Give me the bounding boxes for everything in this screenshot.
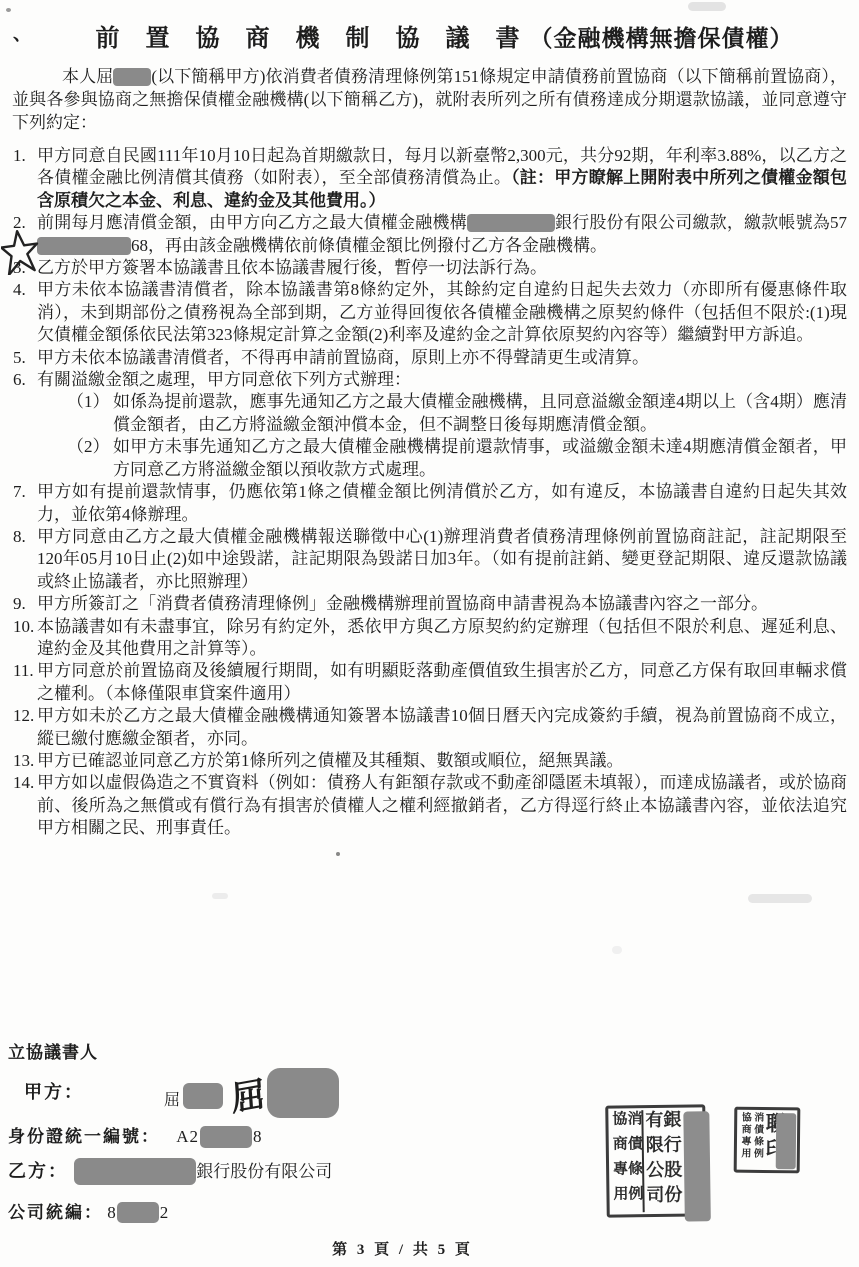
clause-number: 13. bbox=[13, 750, 34, 772]
redaction-box bbox=[683, 1111, 711, 1221]
clause-9: 9. 甲方所簽訂之「消費者債務清理條例」金融機構辦理前置協商申請書視為本協議書內… bbox=[12, 593, 847, 615]
clause-5: 5. 甲方未依本協議書清償者，不得再申請前置協商，原則上亦不得聲請更生或清算。 bbox=[12, 347, 847, 369]
seal-text-column: 消債條例 bbox=[625, 1110, 641, 1212]
clause-6-sub-2: （2） 如甲方未事先通知乙方之最大債權金融機構提前還款情事，或溢繳金額未達4期應… bbox=[67, 436, 847, 481]
clause-text: 甲方未依本協議書清償者，除本協議書第8條約定外，其餘約定自違約日起失去效力（亦即… bbox=[37, 280, 847, 344]
sub-clause-text: 如甲方未事先通知乙方之最大債權金融機構提前還款情事，或溢繳金額未達4期應清償金額… bbox=[113, 437, 847, 478]
scan-smudge bbox=[612, 946, 622, 954]
clause-number: 7. bbox=[13, 481, 26, 503]
clause-text: 甲方所簽訂之「消費者債務清理條例」金融機構辦理前置協商申請書視為本協議書內容之一… bbox=[37, 594, 768, 613]
redaction-box bbox=[776, 1113, 797, 1169]
clause-7: 7. 甲方如有提前還款情事，仍應依第1條之債權金額比例清償於乙方，如有違反，本協… bbox=[12, 481, 847, 526]
clause-6: 6. 有關溢繳金額之處理，甲方同意依下列方式辦理： （1） 如係為提前還款，應事… bbox=[12, 369, 847, 481]
tax-id-prefix: 8 bbox=[107, 1203, 116, 1222]
redaction-box bbox=[37, 237, 131, 255]
seal-text-column: 協商專用 bbox=[610, 1110, 626, 1212]
clause-number: 4. bbox=[13, 279, 26, 301]
scan-speck bbox=[6, 8, 11, 12]
joint-seal: 聯印 消債條例 協商專用 bbox=[734, 1107, 801, 1174]
party-b-name-suffix: 銀行股份有限公司 bbox=[196, 1162, 332, 1181]
clause-14: 14. 甲方如以虛假偽造之不實資料（例如：債務人有鉅額存款或不動產卻隱匿未填報）… bbox=[12, 772, 847, 839]
clause-text: 乙方於甲方簽署本協議書且依本協議書履行後，暫停一切法訴行為。 bbox=[37, 258, 547, 277]
clause-13: 13. 甲方已確認並同意乙方於第1條所列之債權及其種類、數額或順位，絕無異議。 bbox=[12, 750, 847, 772]
clause-text: 甲方如以虛假偽造之不實資料（例如：債務人有鉅額存款或不動產卻隱匿未填報），而達成… bbox=[37, 773, 847, 837]
redaction-box bbox=[183, 1083, 223, 1109]
title-main-text: 前 置 協 商 機 制 協 議 書 bbox=[96, 26, 530, 52]
clause-2: 2. 前開每月應清償金額，由甲方向乙方之最大債權金融機構銀行股份有限公司繳款，繳… bbox=[12, 212, 847, 257]
document-title: 前 置 協 商 機 制 協 議 書（金融機構無擔保債權） bbox=[42, 18, 847, 53]
handwritten-signature: 屈 bbox=[230, 1065, 267, 1120]
signature-heading: 立協議書人 bbox=[8, 1038, 428, 1063]
clause-1: 1. 甲方同意自民國111年10月10日起為首期繳款日，每月以新臺幣2,300元… bbox=[12, 145, 847, 212]
party-a-printed-name: 屈 bbox=[164, 1087, 180, 1110]
company-seal-inner: 銀行股份 有限公司 消債條例 協商專用 bbox=[608, 1107, 703, 1214]
id-number-row: 身份證統一編號： A28 bbox=[8, 1122, 428, 1148]
party-a-name-group: 屈 屈 bbox=[164, 1068, 339, 1118]
clause-10: 10. 本協議書如有未盡事宜，除另有約定外，悉依甲方與乙方原契約約定辦理（包括但… bbox=[12, 616, 847, 661]
clause-number: 5. bbox=[13, 347, 26, 369]
clause-number: 12. bbox=[13, 705, 34, 727]
party-a-row: 甲方： 屈 屈 bbox=[8, 1068, 428, 1120]
clause-3: 3. 乙方於甲方簽署本協議書且依本協議書履行後，暫停一切法訴行為。 bbox=[12, 257, 847, 279]
clause-6-sub-1: （1） 如係為提前還款，應事先通知乙方之最大債權金融機構，且同意溢繳金額達4期以… bbox=[67, 391, 847, 436]
clause-text: 有關溢繳金額之處理，甲方同意依下列方式辦理： bbox=[37, 370, 411, 389]
list-marker: 、 bbox=[13, 20, 31, 46]
tax-id-row: 公司統編： 82 bbox=[8, 1198, 428, 1223]
page-footer: 第 3 頁 / 共 5 頁 bbox=[0, 1238, 805, 1259]
sub-clause-number: （2） bbox=[67, 436, 110, 458]
signature-block: 立協議書人 甲方： 屈 屈 身份證統一編號： A28 乙方： 銀行股份有限公司 … bbox=[8, 1038, 428, 1223]
clause-number: 8. bbox=[13, 526, 26, 548]
redaction-box bbox=[467, 214, 555, 232]
tax-id-label: 公司統編： bbox=[8, 1203, 103, 1222]
clause-number: 11. bbox=[13, 660, 34, 682]
clause-number: 9. bbox=[13, 593, 26, 615]
sub-clause-number: （1） bbox=[67, 391, 110, 413]
scan-smudge bbox=[748, 894, 812, 903]
sub-clause-text: 如係為提前還款，應事先通知乙方之最大債權金融機構，且同意溢繳金額達4期以上（含4… bbox=[113, 392, 847, 433]
id-number-prefix: A2 bbox=[176, 1127, 199, 1146]
intro-pre-text: 本人屈 bbox=[62, 67, 113, 86]
clause-number: 1. bbox=[13, 145, 26, 167]
title-paren-text: （金融機構無擔保債權） bbox=[530, 26, 794, 51]
clause-text: 甲方未依本協議書清償者，不得再申請前置協商，原則上亦不得聲請更生或清算。 bbox=[37, 348, 649, 367]
clause-8: 8. 甲方同意由乙方之最大債權金融機構報送聯徵中心(1)辦理消費者債務清理條例前… bbox=[12, 526, 847, 593]
clause-text: 銀行股份有限公司繳款，繳款帳號為57 bbox=[555, 213, 847, 232]
intro-paragraph: 本人屈(以下簡稱甲方)依消費者債務清理條例第151條規定申請債務前置協商（以下簡… bbox=[12, 65, 847, 134]
party-b-row: 乙方： 銀行股份有限公司 bbox=[8, 1157, 428, 1185]
clause-number: 14. bbox=[13, 772, 34, 794]
scan-speck bbox=[336, 852, 340, 856]
clause-number: 2. bbox=[13, 212, 26, 234]
clause-text: 本協議書如有未盡事宜，除另有約定外，悉依甲方與乙方原契約約定辦理（包括但不限於利… bbox=[37, 617, 847, 658]
clause-number: 10. bbox=[13, 616, 34, 638]
id-number-label: 身份證統一編號： bbox=[8, 1127, 160, 1146]
seal-text-column: 銀行股份 bbox=[662, 1110, 681, 1212]
company-seal: 銀行股份 有限公司 消債條例 協商專用 bbox=[605, 1104, 707, 1217]
redaction-box bbox=[74, 1158, 196, 1185]
clause-text: 前開每月應清償金額，由甲方向乙方之最大債權金融機構 bbox=[37, 213, 467, 232]
scan-smudge bbox=[688, 2, 726, 11]
clause-list: 1. 甲方同意自民國111年10月10日起為首期繳款日，每月以新臺幣2,300元… bbox=[12, 145, 847, 840]
clause-text: 甲方如有提前還款情事，仍應依第1條之債權金額比例清償於乙方，如有違反，本協議書自… bbox=[37, 482, 847, 523]
tax-id-suffix: 2 bbox=[160, 1203, 169, 1222]
clause-text: 甲方已確認並同意乙方於第1條所列之債權及其種類、數額或順位，絕無異議。 bbox=[37, 751, 624, 770]
seal-text-column: 協商專用 bbox=[739, 1112, 750, 1168]
redaction-box bbox=[117, 1202, 159, 1223]
joint-seal-inner: 聯印 消債條例 協商專用 bbox=[737, 1110, 798, 1171]
scan-smudge bbox=[212, 893, 228, 899]
redaction-box bbox=[113, 68, 151, 86]
clause-12: 12. 甲方如未於乙方之最大債權金融機構通知簽署本協議書10個日曆天內完成簽約手… bbox=[12, 705, 847, 750]
clause-text: 甲方如未於乙方之最大債權金融機構通知簽署本協議書10個日曆天內完成簽約手續，視為… bbox=[37, 706, 847, 747]
clause-number: 3. bbox=[13, 257, 26, 279]
clause-text: 68，再由該金融機構依前條債權金額比例撥付乙方各金融機構。 bbox=[131, 236, 607, 255]
clause-4: 4. 甲方未依本協議書清償者，除本協議書第8條約定外，其餘約定自違約日起失去效力… bbox=[12, 279, 847, 346]
clause-text: 甲方同意於前置協商及後續履行期間，如有明顯貶落動產價值致生損害於乙方，同意乙方保… bbox=[37, 661, 847, 702]
clause-number: 6. bbox=[13, 369, 26, 391]
party-a-label: 甲方： bbox=[24, 1078, 84, 1104]
party-b-label: 乙方： bbox=[8, 1161, 68, 1181]
clause-11: 11. 甲方同意於前置協商及後續履行期間，如有明顯貶落動產價值致生損害於乙方，同… bbox=[12, 660, 847, 705]
clause-text: 甲方同意由乙方之最大債權金融機構報送聯徵中心(1)辦理消費者債務清理條例前置協商… bbox=[37, 527, 847, 591]
id-number-suffix: 8 bbox=[253, 1127, 262, 1146]
seal-text-column: 消債條例 bbox=[751, 1112, 762, 1168]
redaction-box bbox=[267, 1068, 339, 1118]
redaction-box bbox=[200, 1126, 252, 1148]
